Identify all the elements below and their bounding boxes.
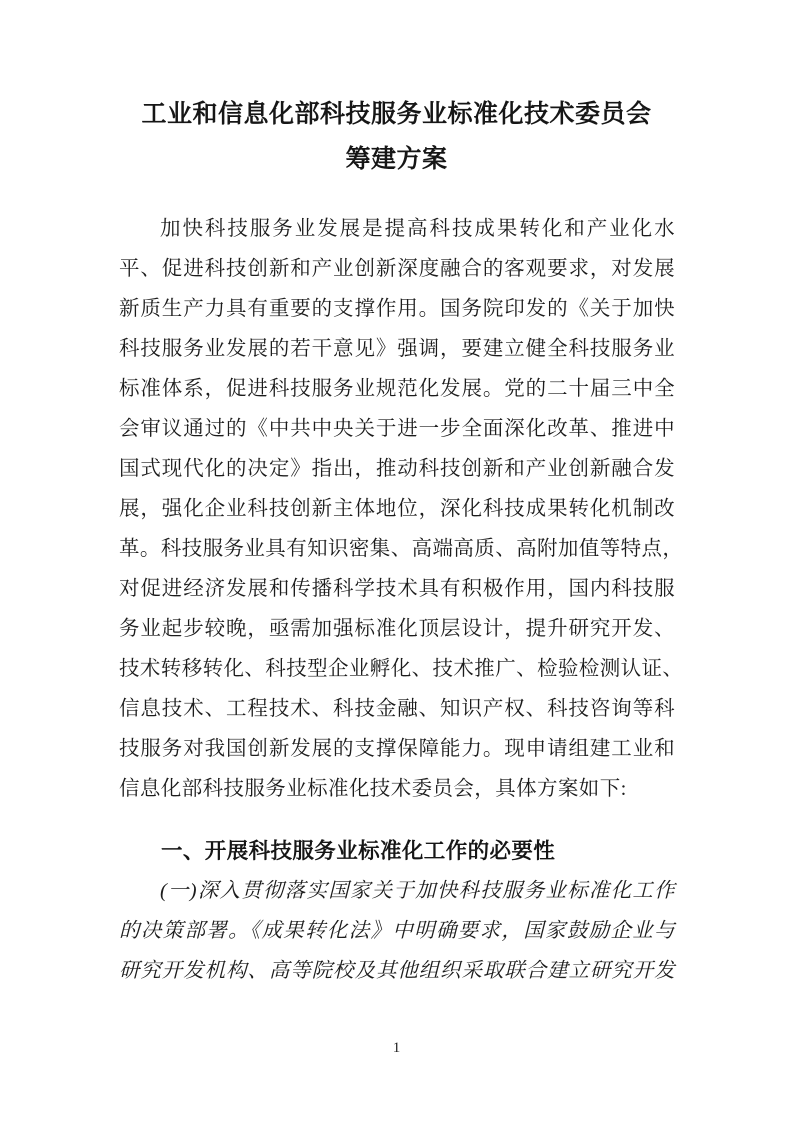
page-number: 1 <box>0 1036 793 1060</box>
body-line: 标准体系，促进科技服务业规范化发展。党的二十届三中全 <box>119 369 675 409</box>
body-line: 国式现代化的决定》指出，推动科技创新和产业创新融合发 <box>119 449 675 489</box>
title-line-1: 工业和信息化部科技服务业标准化技术委员会 <box>0 92 793 137</box>
document-page: 工业和信息化部科技服务业标准化技术委员会 筹建方案 加快科技服务业发展是提高科技… <box>0 0 793 1122</box>
paragraph-1: 加快科技服务业发展是提高科技成果转化和产业化水 平、促进科技创新和产业创新深度融… <box>119 209 675 809</box>
body-line: 科技服务业发展的若干意见》强调，要建立健全科技服务业 <box>119 329 675 369</box>
body-line: 信息技术、工程技术、科技金融、知识产权、科技咨询等科 <box>119 689 675 729</box>
body-line: 务业起步较晚，亟需加强标准化顶层设计，提升研究开发、 <box>119 609 675 649</box>
body-line: 平、促进科技创新和产业创新深度融合的客观要求，对发展 <box>119 249 675 289</box>
title-line-2: 筹建方案 <box>0 137 793 182</box>
body-line: 的决策部署。《成果转化法》中明确要求，国家鼓励企业与 <box>119 911 675 951</box>
body-line: 信息化部科技服务业标准化技术委员会，具体方案如下: <box>119 769 675 809</box>
paragraph-2: (一)深入贯彻落实国家关于加快科技服务业标准化工作 的决策部署。《成果转化法》中… <box>119 871 675 991</box>
body-line: (一)深入贯彻落实国家关于加快科技服务业标准化工作 <box>119 871 675 911</box>
document-title: 工业和信息化部科技服务业标准化技术委员会 筹建方案 <box>0 92 793 182</box>
document-body: 加快科技服务业发展是提高科技成果转化和产业化水 平、促进科技创新和产业创新深度融… <box>119 209 675 991</box>
body-line: 革。科技服务业具有知识密集、高端高质、高附加值等特点， <box>119 529 675 569</box>
body-line: 会审议通过的《中共中央关于进一步全面深化改革、推进中 <box>119 409 675 449</box>
body-line: 对促进经济发展和传播科学技术具有积极作用，国内科技服 <box>119 569 675 609</box>
body-line: 研究开发机构、高等院校及其他组织采取联合建立研究开发 <box>119 951 675 991</box>
body-line: 技服务对我国创新发展的支撑保障能力。现申请组建工业和 <box>119 729 675 769</box>
body-line: 新质生产力具有重要的支撑作用。国务院印发的《关于加快 <box>119 289 675 329</box>
section-heading-1: 一、开展科技服务业标准化工作的必要性 <box>119 831 675 871</box>
body-line: 技术转移转化、科技型企业孵化、技术推广、检验检测认证、 <box>119 649 675 689</box>
body-line: 加快科技服务业发展是提高科技成果转化和产业化水 <box>119 209 675 249</box>
body-line: 展，强化企业科技创新主体地位，深化科技成果转化机制改 <box>119 489 675 529</box>
